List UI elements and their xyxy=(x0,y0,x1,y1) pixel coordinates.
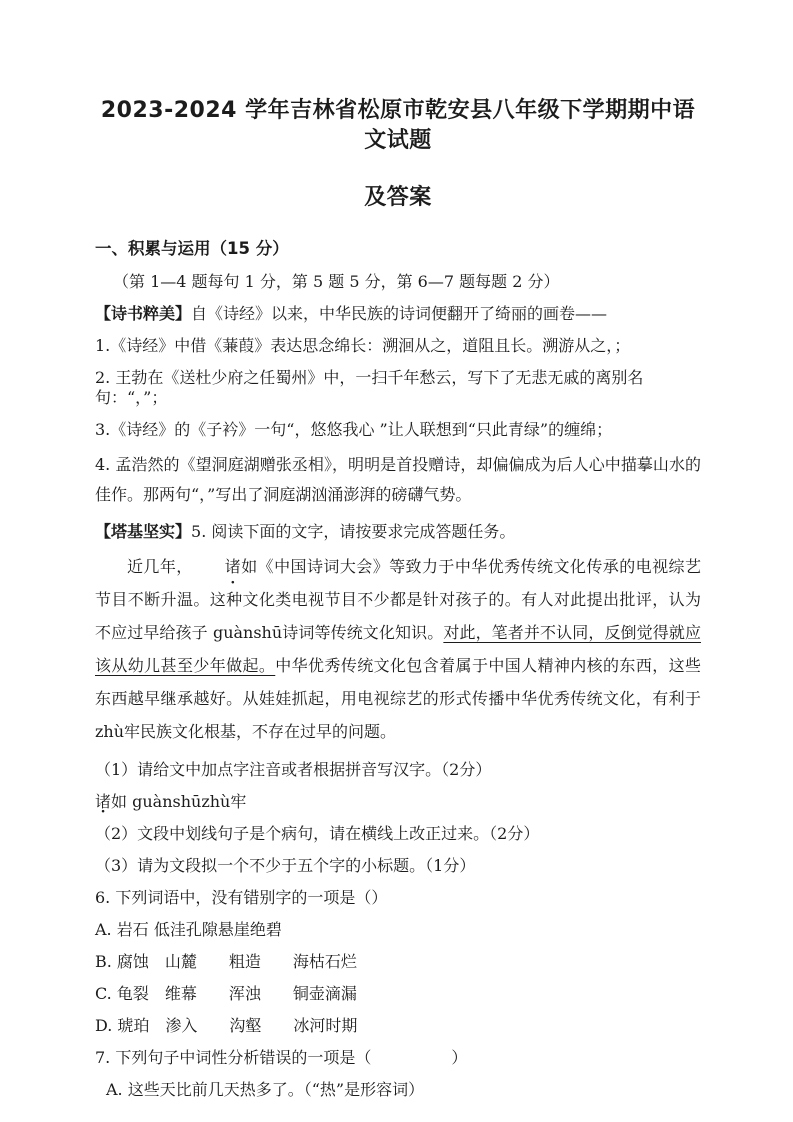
shishu-intro-text: 自《诗经》以来，中华民族的诗词便翻开了绮丽的画卷—— xyxy=(191,304,607,323)
exam-title-line1: 2023-2024 学年吉林省松原市乾安县八年级下学期期中语文试题 xyxy=(95,96,701,156)
exam-document-page: 2023-2024 学年吉林省松原市乾安县八年级下学期期中语文试题 及答案 一、… xyxy=(0,0,793,1122)
question-3-text: 3.《诗经》的《子衿》一句“，悠悠我心 ”让人联想到“只此青绿”的缠绵； xyxy=(95,420,701,440)
question-7-stem: 7. 下列句子中词性分析错误的一项是（ ） xyxy=(95,1048,701,1068)
question-7-option-a: A. 这些天比前几天热多了。（“热”是形容词） xyxy=(95,1080,701,1100)
taji-line: 【塔基坚实】5. 阅读下面的文字，请按要求完成答题任务。 xyxy=(95,522,701,542)
section-1-heading: 一、积累与运用（15 分） xyxy=(95,238,701,260)
reading-passage: 近几年，诸如《中国诗词大会》等致力于中华优秀传统文化传承的电视综艺节目不断升温。… xyxy=(95,550,701,748)
sub-question-3-text: （3）请为文段拟一个不少于五个字的小标题。（1分） xyxy=(95,856,701,876)
passage-seg-1: 近几年， xyxy=(127,557,193,576)
tag-taji-jianshi: 【塔基坚实】 xyxy=(95,522,191,541)
question-6-option-b: B. 腐蚀 山麓 粗造 海枯石烂 xyxy=(95,952,701,972)
tag-shishu-cuimei: 【诗书粹美】 xyxy=(95,304,191,323)
pinyin-dotted-char: 诸 xyxy=(95,792,111,812)
question-2-text: 2. 王勃在《送杜少府之任蜀州》中，一扫千年愁云，写下了无悲无戚的离别名句：“，… xyxy=(95,368,701,408)
passage-dotted-char: 诸 xyxy=(193,550,241,583)
question-1-text: 1.《诗经》中借《蒹葭》表达思念绵长：溯洄从之，道阻且长。溯游从之，； xyxy=(95,336,701,356)
question-6-option-a: A. 岩石 低洼孔隙悬崖绝碧 xyxy=(95,920,701,940)
pinyin-answer-line: 诸如 guànshūzhù牢 xyxy=(95,792,701,812)
sub-question-2-text: （2）文段中划线句子是个病句，请在横线上改正过来。（2分） xyxy=(95,824,701,844)
question-5-intro-text: 5. 阅读下面的文字，请按要求完成答题任务。 xyxy=(191,522,515,541)
question-6-stem: 6. 下列词语中，没有错别字的一项是（） xyxy=(95,888,701,908)
exam-title-line2: 及答案 xyxy=(95,183,701,213)
score-note: （第 1—4 题每句 1 分，第 5 题 5 分，第 6—7 题每题 2 分） xyxy=(95,272,701,292)
shishu-line: 【诗书粹美】自《诗经》以来，中华民族的诗词便翻开了绮丽的画卷—— xyxy=(95,304,701,324)
pinyin-rest-text: 如 guànshūzhù牢 xyxy=(111,792,246,811)
sub-question-1-text: （1）请给文中加点字注音或者根据拼音写汉字。（2分） xyxy=(95,760,701,780)
question-6-option-c: C. 龟裂 维幕 浑浊 铜壶滴漏 xyxy=(95,984,701,1004)
question-6-option-d: D. 琥珀 渗入 沟壑 冰河时期 xyxy=(95,1016,701,1036)
question-4-text: 4. 孟浩然的《望洞庭湖赠张丞相》，明明是首投赠诗，却偏偏成为后人心中描摹山水的… xyxy=(95,450,701,510)
